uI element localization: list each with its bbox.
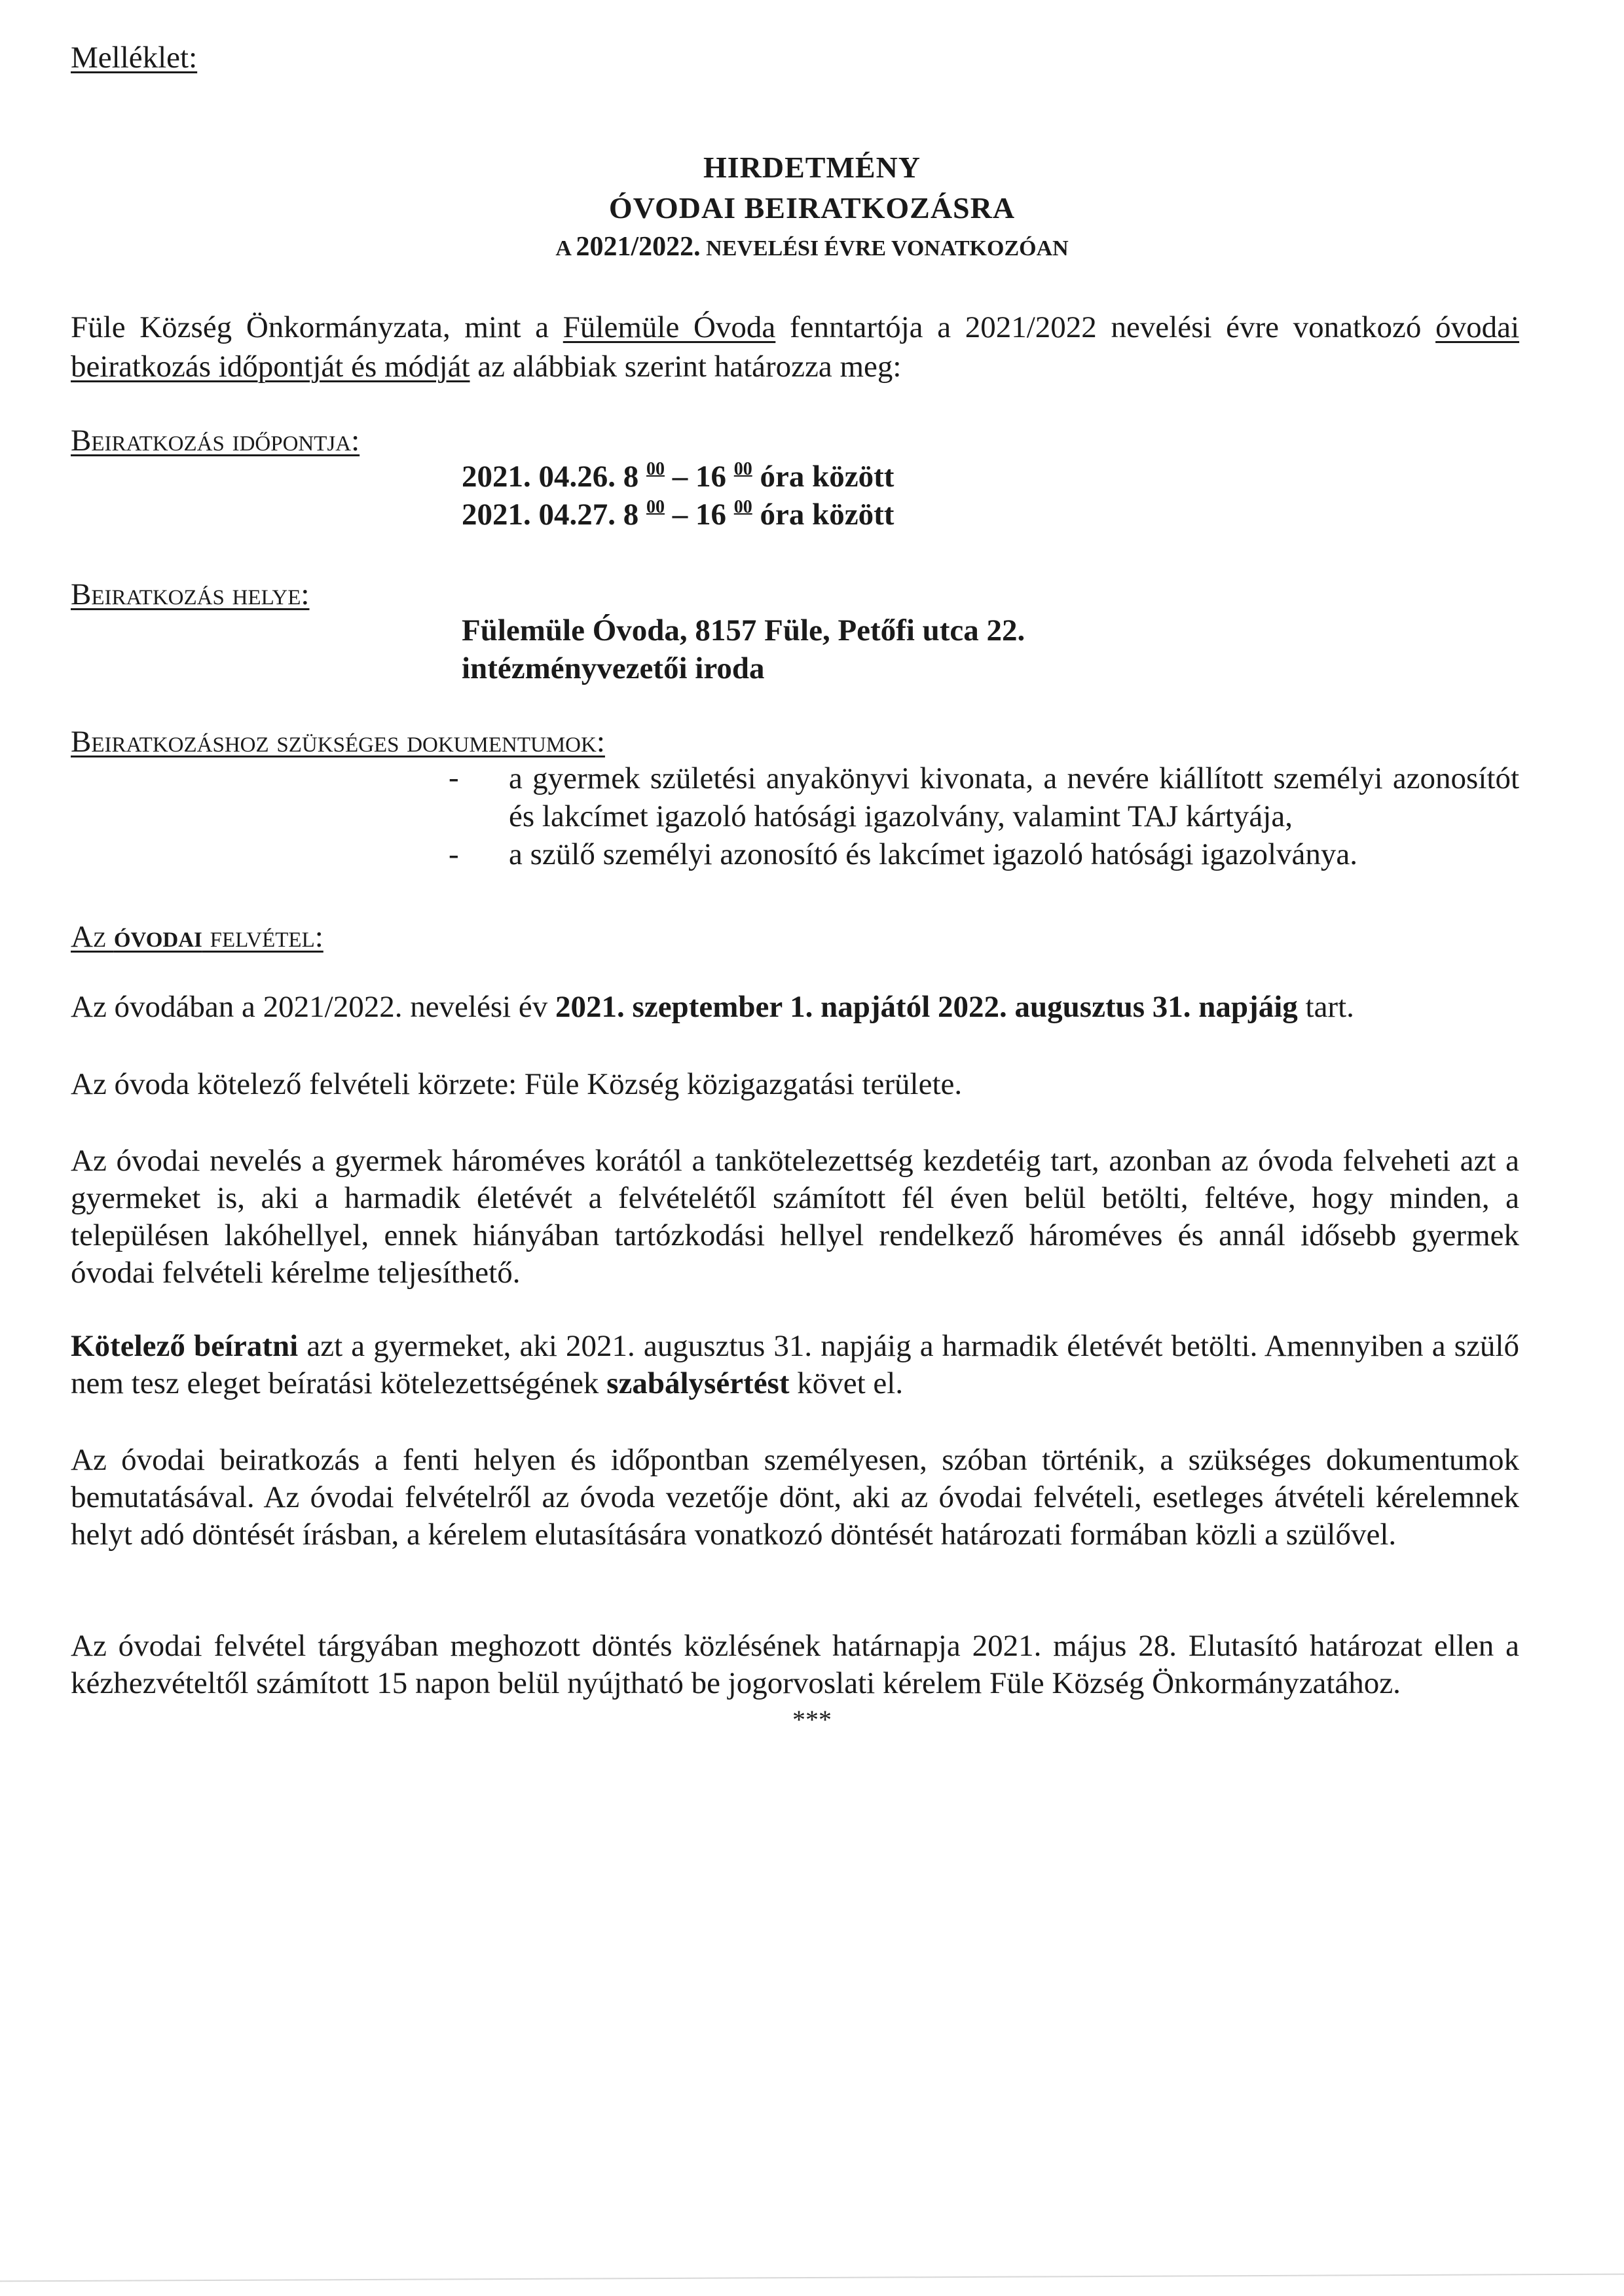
section-label-admission: Az óvodai felvétel: bbox=[71, 919, 323, 955]
section-label-place: Beiratkozás helye: bbox=[71, 576, 309, 613]
paragraph-education-age: Az óvodai nevelés a gyermek hároméves ko… bbox=[71, 1142, 1519, 1292]
paragraph-district: Az óvoda kötelező felvételi körzete: Fül… bbox=[71, 1066, 1519, 1102]
paragraph-procedure: Az óvodai beiratkozás a fenti helyen és … bbox=[71, 1442, 1519, 1554]
title-subheading: ÓVODAI BEIRATKOZÁSRA bbox=[0, 190, 1624, 226]
bullet-dash-icon: - bbox=[449, 836, 459, 873]
title-year-prefix: A bbox=[555, 236, 570, 261]
document-item-child: - a gyermek születési anyakönyvi kivonat… bbox=[449, 759, 1519, 838]
end-mark: *** bbox=[0, 1704, 1624, 1736]
intro-text-1: Füle Község Önkormányzata, mint a bbox=[71, 310, 563, 344]
annex-label: Melléklet: bbox=[71, 39, 197, 76]
enrolment-place: Fülemüle Óvoda, 8157 Füle, Petőfi utca 2… bbox=[462, 612, 1025, 649]
intro-paragraph: Füle Község Önkormányzata, mint a Fülemü… bbox=[71, 308, 1519, 386]
enrolment-office: intézményvezetői iroda bbox=[462, 650, 764, 687]
bullet-dash-icon: - bbox=[449, 759, 459, 796]
title-heading: HIRDETMÉNY bbox=[0, 149, 1624, 185]
title-year-line: A 2021/2022. NEVELÉSI ÉVRE VONATKOZÓAN bbox=[0, 230, 1624, 263]
paragraph-school-year: Az óvodában a 2021/2022. nevelési év 202… bbox=[71, 989, 1519, 1025]
paragraph-mandatory-enrolment: Kötelező beíratni azt a gyermeket, aki 2… bbox=[71, 1328, 1519, 1402]
document-page: Melléklet: HIRDETMÉNY ÓVODAI BEIRATKOZÁS… bbox=[0, 0, 1624, 2296]
section-label-date: Beiratkozás időpontja: bbox=[71, 422, 360, 459]
scan-edge-line bbox=[0, 2274, 1624, 2282]
title-year: 2021/2022. bbox=[576, 232, 701, 262]
enrolment-date-2: 2021. 04.27. 8 00 – 16 00 óra között bbox=[462, 496, 894, 533]
paragraph-deadline: Az óvodai felvétel tárgyában meghozott d… bbox=[71, 1628, 1519, 1702]
section-label-documents: Beiratkozáshoz szükséges dokumentumok: bbox=[71, 723, 605, 760]
intro-underlined-kindergarten: Fülemüle Óvoda bbox=[563, 310, 776, 344]
document-item-parent: - a szülő személyi azonosító és lakcímet… bbox=[449, 836, 1519, 875]
intro-text-2: fenntartója a 2021/2022 nevelési évre vo… bbox=[775, 310, 1435, 344]
intro-text-3: az alábbiak szerint határozza meg: bbox=[470, 350, 902, 384]
title-year-rest: NEVELÉSI ÉVRE VONATKOZÓAN bbox=[706, 236, 1069, 261]
enrolment-date-1: 2021. 04.26. 8 00 – 16 00 óra között bbox=[462, 458, 894, 495]
